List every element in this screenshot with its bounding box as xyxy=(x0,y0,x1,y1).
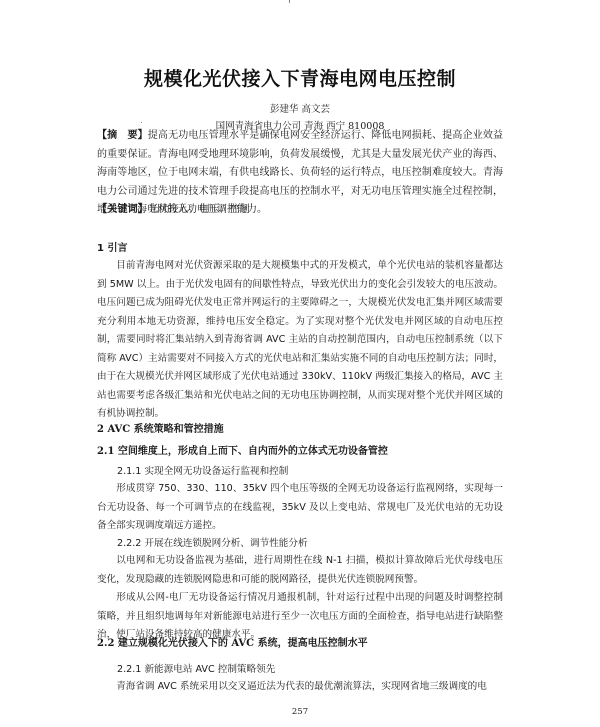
scan-mark xyxy=(289,0,290,3)
section-2-1-1-body: 形成贯穿 750、330、110、35kV 四个电压等级的全网无功设备运行监视网… xyxy=(97,480,503,536)
section-2-2-2-heading: 2.2.2 开展在线连锁脱网分析、调节性能分析 xyxy=(117,535,308,549)
keywords-label: 【关键词】 xyxy=(97,204,148,215)
authors: 彭建华 高文芸 xyxy=(0,101,600,115)
section-1-heading: 1 引言 xyxy=(97,239,127,254)
section-2-heading: 2 AVC 系统策略和管控措施 xyxy=(97,420,224,435)
keywords: 【关键词】光伏接入；电压；控制 xyxy=(97,201,503,220)
section-1-body: 目前青海电网对光伏资源采取的是大规模集中式的开发模式，单个光伏电站的装机容量都达… xyxy=(97,257,503,424)
section-2-2-1-body: 青海省调 AVC 系统采用以交叉逼近法为代表的最优潮流算法，实现网省地三级调度的… xyxy=(97,678,503,697)
section-2-2-1-heading: 2.2.1 新能源电站 AVC 控制策略领先 xyxy=(117,661,275,675)
abstract-label: 【摘 要】 xyxy=(97,130,148,141)
section-2-1-heading: 2.1 空间维度上，形成自上而下、自内而外的立体式无功设备管控 xyxy=(97,442,388,457)
section-2-2-2-body-1: 以电网和无功设备监视为基础，进行周期性在线 N-1 扫描，模拟计算故障后光伏母线… xyxy=(97,552,503,589)
page-number: 257 xyxy=(0,707,600,717)
section-2-1-1-heading: 2.1.1 实现全网无功设备运行监视和控制 xyxy=(117,463,288,477)
section-2-2-heading: 2.2 建立规模化光伏接入下的 AVC 系统，提高电压控制水平 xyxy=(97,634,368,649)
keywords-text: 光伏接入；电压；控制 xyxy=(148,204,250,215)
paper-title: 规模化光伏接入下青海电网电压控制 xyxy=(0,64,600,91)
